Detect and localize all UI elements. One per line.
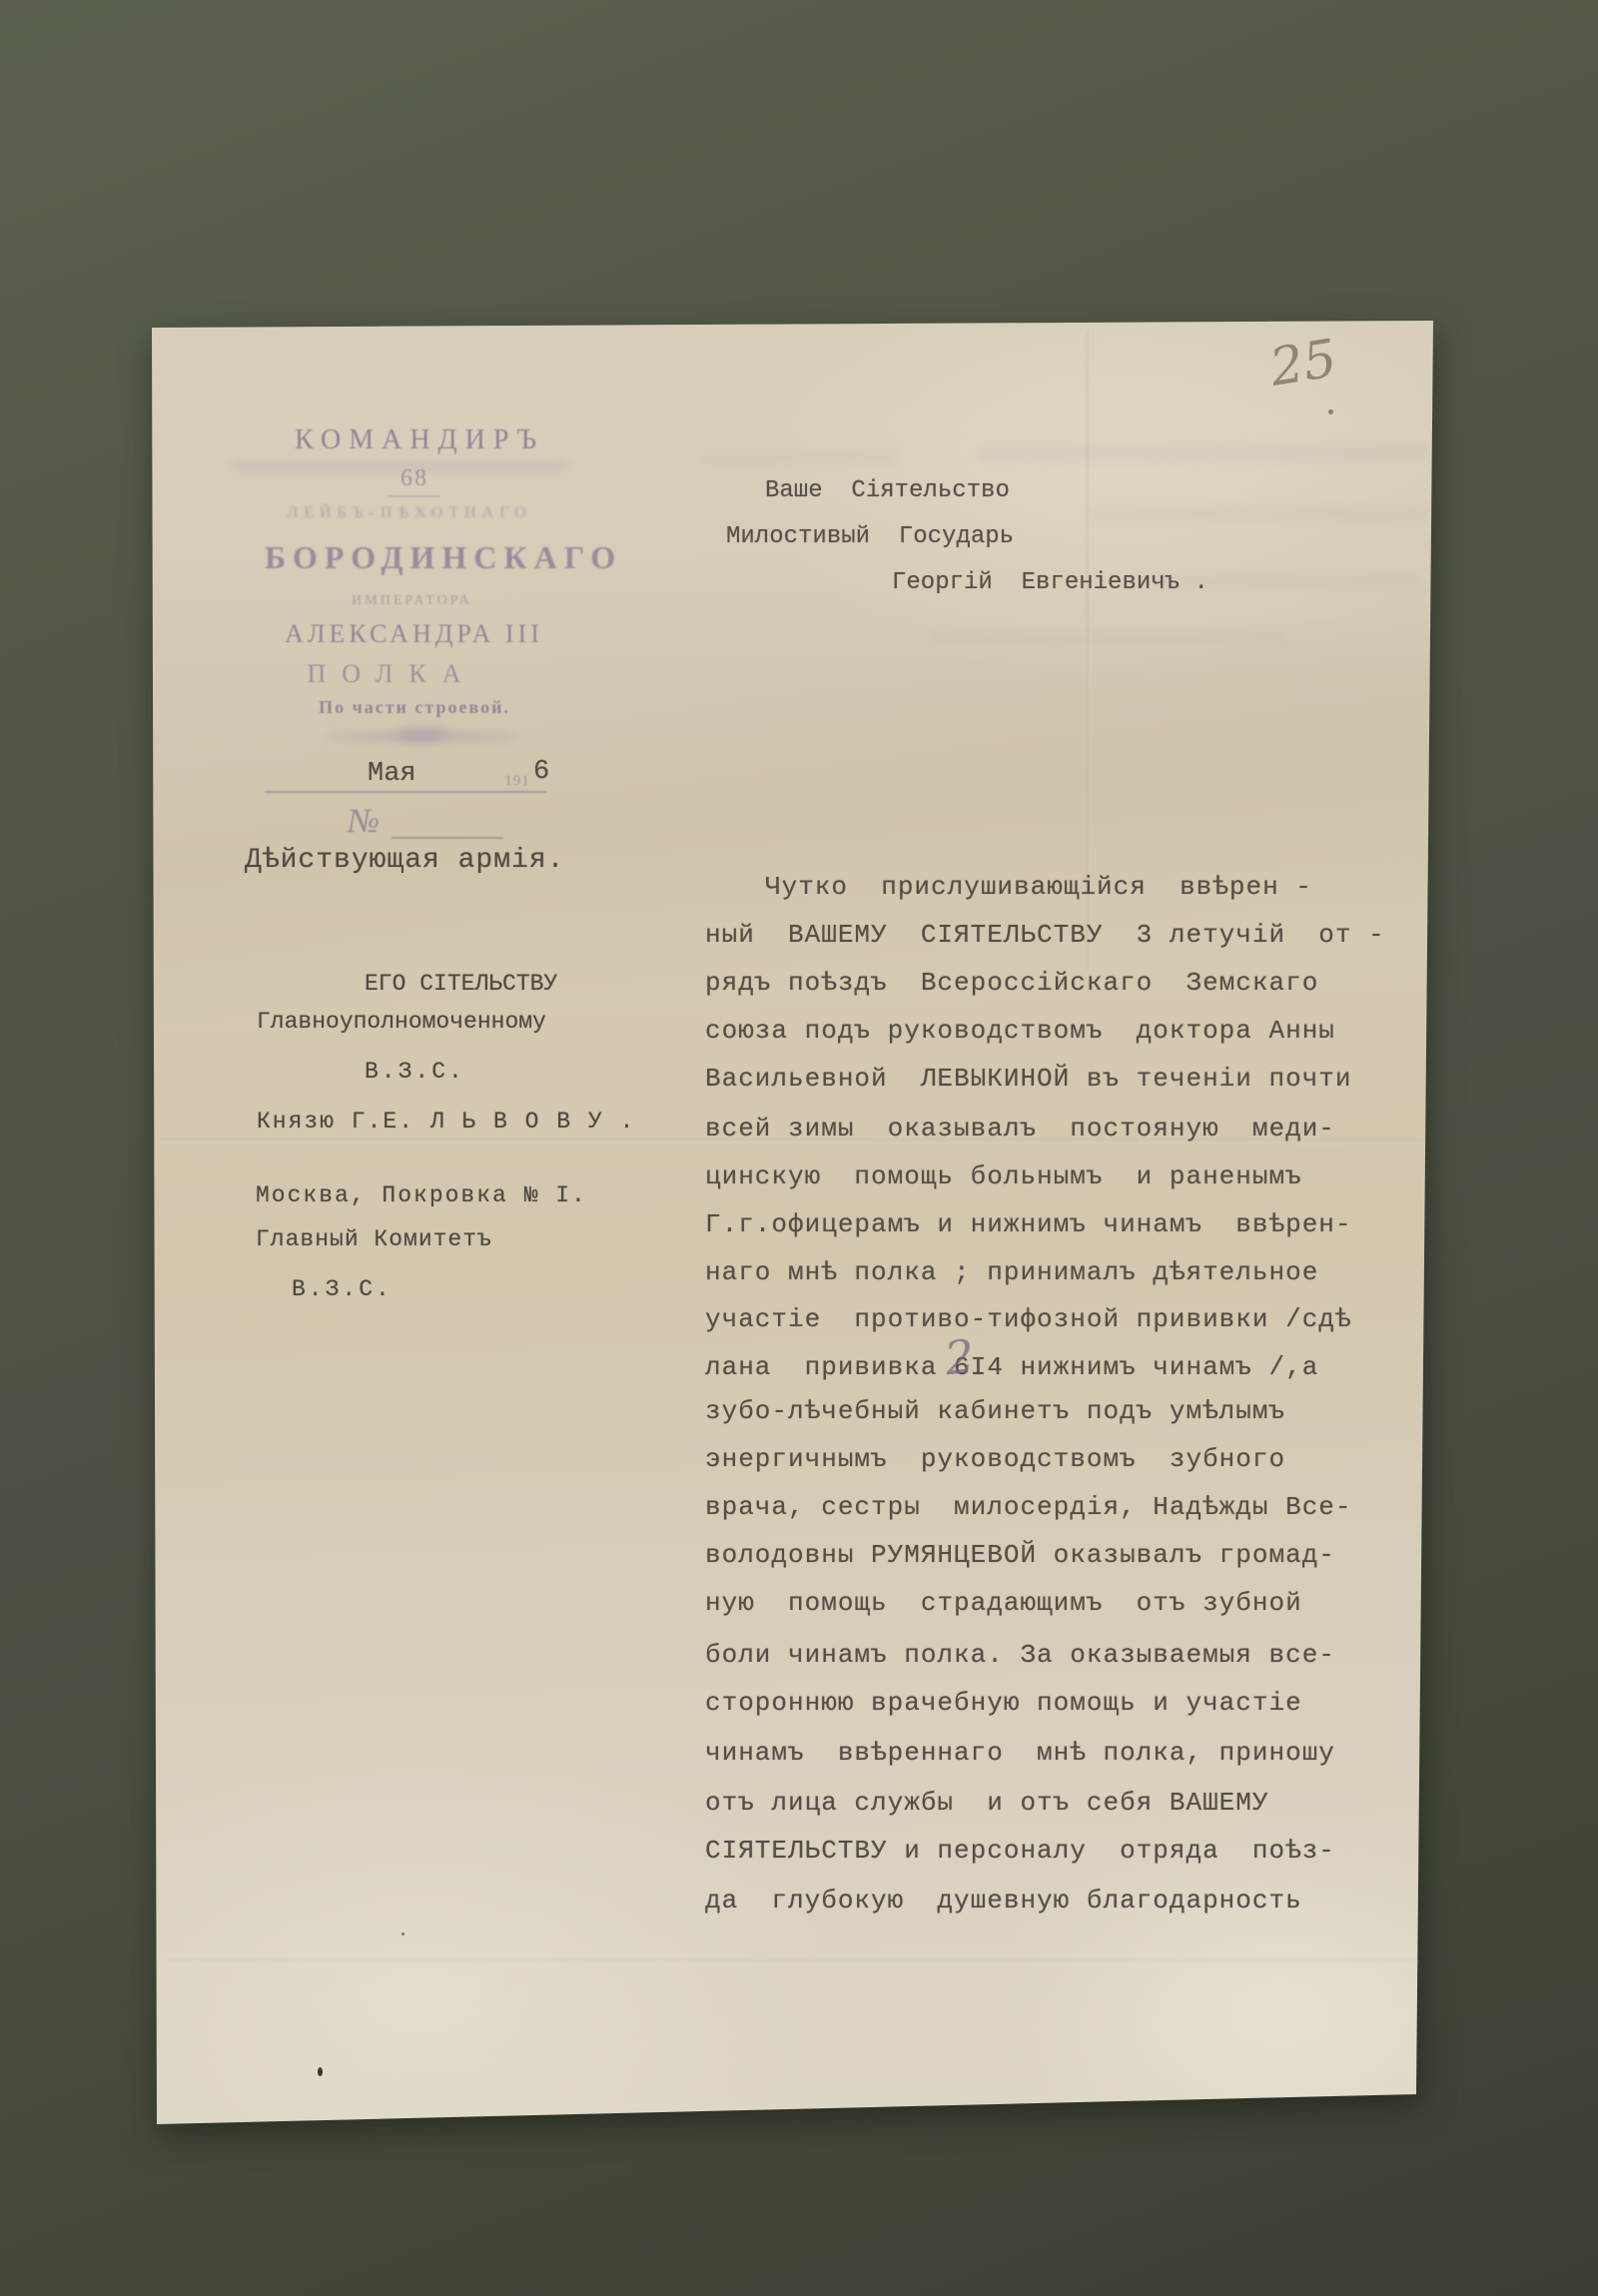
paper-crease-lower [162,1959,1418,1963]
stamp-flourish-center [395,727,449,743]
bleedthrough-smudge [929,631,1288,645]
bleedthrough-smudge [1089,507,1428,521]
body-line: врача, сестры милосердія, Надѣжды Все- [705,1492,1352,1522]
address-line: В.З.С. [292,1276,393,1302]
document-photo: 25 КОМАНДИРЪ 68 ЛЕЙБЪ-ПѢХОТНАГО БОРОДИНС… [0,0,1598,2296]
body-line: всей зимы оказывалъ постояную меди- [705,1114,1335,1144]
body-line: ную помощь страдающимъ отъ зубной [705,1588,1302,1618]
paper-aging-overlay [0,0,1598,2296]
dirt-speck [401,1932,404,1935]
body-line: зубо-лѣчебный кабинетъ подъ умѣлымъ [705,1396,1285,1426]
army-line: Дѣйствующая армія. [245,845,564,876]
stamp-borodinskago: БОРОДИНСКАГО [265,539,564,576]
date-year-digit: 6 [533,757,549,787]
body-line: стороннюю врачебную помощь и участіе [705,1688,1302,1718]
address-line: В.З.С. [365,1059,465,1085]
number-rule [392,837,503,839]
address-line: Главноуполномоченному [257,1009,546,1035]
body-line: цинскую помощь больнымъ и раненымъ [705,1161,1302,1191]
address-line: ЕГО СІТЕЛЬСТВУ [365,971,557,997]
pencil-page-number: 25 [1266,329,1341,398]
number-sign: № [336,803,392,841]
address-line: Князю Г.Е. Л Ь В О В У . [257,1109,635,1135]
body-line: энергичнымъ руководствомъ зубного [705,1444,1285,1474]
salutation-line: Милостивый Государь [726,523,1014,550]
stamp-po-chasti: По части строевой. [295,697,534,718]
bleedthrough-smudge [979,445,1428,460]
body-line: да глубокую душевную благодарность [705,1886,1302,1915]
stamp-alexandra: АЛЕКСАНДРА III [282,619,546,649]
body-line: отъ лица службы и отъ себя ВАШЕМУ [705,1788,1269,1818]
stamp-imperatora: ИМПЕРАТОРА [345,593,479,609]
handwritten-correction-digit: 2 [942,1329,977,1386]
date-year-prefix: 191 [497,773,537,790]
date-rule [265,791,546,793]
date-month: Мая [368,759,416,789]
stamp-leib: ЛЕЙБЪ-ПѢХОТНАГО [285,504,534,522]
stamp-number-rule [388,495,439,497]
body-line: Г.г.офицерамъ и нижнимъ чинамъ ввѣрен- [705,1209,1352,1239]
body-line: СІЯТЕЛЬСТВУ и персоналу отряда поѣз- [705,1836,1335,1866]
body-line: наго мнѣ полка ; принималъ дѣятельное [705,1257,1318,1287]
stamp-polka: ПОЛКА [300,659,484,689]
body-line: лана прививка 6I4 нижнимъ чинамъ /,а [705,1352,1318,1382]
body-line: володовны РУМЯНЦЕВОЙ оказывалъ громад- [705,1540,1335,1570]
salutation-line: Ваше Сіятельство [765,477,1010,504]
body-line: участіе противо-тифозной прививки /сдѣ [705,1304,1352,1334]
body-line: чинамъ ввѣреннаго мнѣ полка, приношу [705,1738,1335,1768]
body-line: Васильевной ЛЕВЫКИНОЙ въ теченіи почти [705,1064,1352,1094]
stamp-regiment-number: 68 [385,465,444,492]
body-line: Чутко прислушивающійся ввѣрен - [765,872,1312,902]
body-line: союза подъ руководствомъ доктора Анны [705,1016,1335,1046]
bleedthrough-smudge [699,451,899,464]
bleedthrough-smudge [1139,575,1418,588]
body-line: рядъ поѣздъ Всероссійскаго Земскаго [705,968,1318,998]
body-line: ный ВАШЕМУ СІЯТЕЛЬСТВУ 3 летучій от - [705,920,1385,950]
dirt-speck [318,2067,323,2076]
address-line: Главный Комитетъ [256,1226,492,1252]
body-line: боли чинамъ полка. За оказываемыя все- [705,1640,1335,1670]
address-line: Москва, Покровка № I. [256,1182,587,1208]
stamp-commander: КОМАНДИРЪ [295,424,534,456]
pencil-dot [1328,409,1333,414]
